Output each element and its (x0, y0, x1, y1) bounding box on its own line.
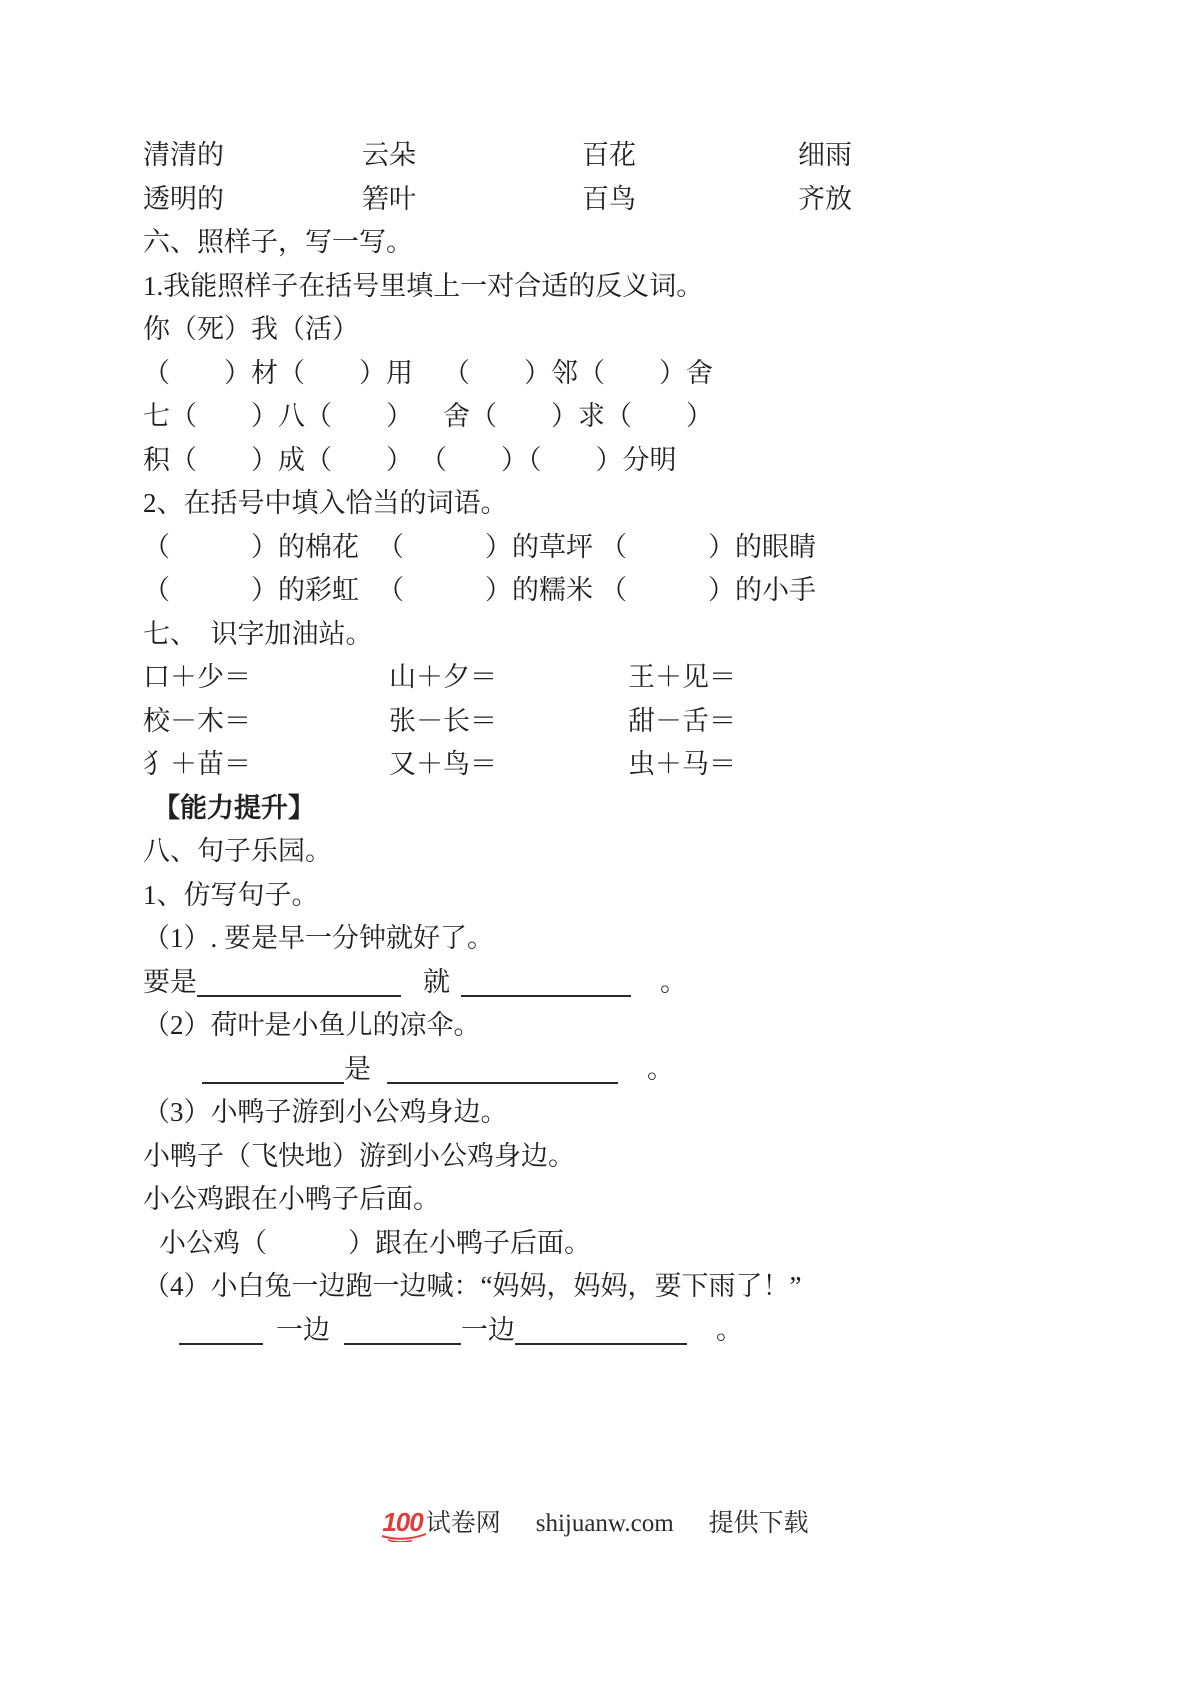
question-3: （3）小鸭子游到小公鸡身边。 (143, 1091, 1133, 1135)
phrase-cell: （ ）的小手 (600, 575, 816, 605)
equation-row-1: 口＋少＝山＋夕＝王＋见＝ (143, 656, 1133, 700)
logo-swoosh-icon (380, 1533, 428, 1542)
section6-sub2: 2、在括号中填入恰当的词语。 (143, 482, 1133, 526)
word-cell: 清清的 (143, 134, 362, 178)
question-3-sentence: 小公鸡跟在小鸭子后面。 (143, 1178, 1133, 1222)
word-cell: 百花 (582, 134, 798, 178)
phrase-cell: （ ）的草坪 (377, 526, 600, 570)
answer-period: 。 (647, 1054, 674, 1084)
question-1: （1）. 要是早一分钟就好了。 (143, 917, 1133, 961)
word-cell: 百鸟 (582, 178, 798, 222)
word-cell: 云朵 (362, 134, 582, 178)
footer: 100试卷网 shijuanw.com 提供下载 (0, 1503, 1191, 1539)
antonym-row-1: （ ）材（ ）用（ ）邻（ ）舍 (143, 352, 1133, 396)
phrase-row-1: （ ）的棉花（ ）的草坪（ ）的眼睛 (143, 526, 1133, 570)
answer-connector: 就 (423, 967, 450, 997)
phrase-cell: （ ）的棉花 (143, 526, 377, 570)
equation-row-2: 校－木＝张－长＝甜－舌＝ (143, 700, 1133, 744)
section8-heading: 八、句子乐园。 (143, 830, 1133, 874)
answer-connector: 一边 (276, 1315, 330, 1345)
question-3-answer-line: 小公鸡（ ）跟在小鸭子后面。 (143, 1222, 1133, 1266)
equation-cell: 虫＋马＝ (628, 749, 736, 779)
section6-sub1: 1.我能照样子在括号里填上一对合适的反义词。 (143, 265, 1133, 309)
phrase-cell: （ ）的糯米 (377, 569, 600, 613)
worksheet-page: 清清的云朵百花细雨 透明的箬叶百鸟齐放 六、照样子，写一写。 1.我能照样子在括… (0, 0, 1191, 1684)
answer-blank (387, 1082, 618, 1084)
equation-cell: 口＋少＝ (143, 656, 389, 700)
answer-connector: 是 (344, 1054, 371, 1084)
word-row-1: 清清的云朵百花细雨 (143, 134, 1133, 178)
question-4: （4）小白兔一边跑一边喊：“妈妈，妈妈，要下雨了！” (143, 1265, 1133, 1309)
antonym-group: 舍（ ）求（ ） (443, 401, 713, 431)
antonym-group: （ ）材（ ）用 (143, 352, 443, 396)
antonym-group: 七（ ）八（ ） (143, 395, 443, 439)
antonym-group: 积（ ）成（ ） (143, 439, 420, 483)
equation-cell: 犭＋苗＝ (143, 743, 389, 787)
question-2-answer-line: 是。 (143, 1048, 1133, 1092)
word-row-2: 透明的箬叶百鸟齐放 (143, 178, 1133, 222)
word-cell: 细雨 (798, 140, 852, 170)
answer-period: 。 (660, 967, 687, 997)
answer-blank (197, 995, 401, 997)
phrase-cell: （ ）的彩虹 (143, 569, 377, 613)
answer-blank (202, 1082, 344, 1084)
equation-cell: 山＋夕＝ (389, 656, 628, 700)
answer-period: 。 (716, 1315, 743, 1345)
question-1-answer-line: 要是就。 (143, 961, 1133, 1005)
footer-domain: shijuanw.com (536, 1510, 674, 1538)
logo-site-name: 试卷网 (426, 1503, 501, 1539)
logo-100-mark: 100 (382, 1507, 422, 1538)
antonym-group: （ ）（ ）分明 (420, 445, 677, 475)
antonym-group: （ ）邻（ ）舍 (443, 358, 713, 388)
antonym-row-2: 七（ ）八（ ）舍（ ）求（ ） (143, 395, 1133, 439)
section6-heading: 六、照样子，写一写。 (143, 221, 1133, 265)
answer-blank (515, 1343, 687, 1345)
phrase-cell: （ ）的眼睛 (600, 532, 816, 562)
equation-cell: 又＋鸟＝ (389, 743, 628, 787)
equation-cell: 王＋见＝ (628, 662, 736, 692)
word-cell: 箬叶 (362, 178, 582, 222)
answer-blank (179, 1343, 263, 1345)
answer-prefix: 要是 (143, 967, 197, 997)
ability-section-header: 【能力提升】 (143, 787, 1133, 831)
shijuanw-logo: 100试卷网 (382, 1503, 500, 1539)
answer-connector: 一边 (461, 1315, 515, 1345)
word-cell: 齐放 (798, 184, 852, 214)
question-3-example: 小鸭子（飞快地）游到小公鸡身边。 (143, 1135, 1133, 1179)
equation-cell: 甜－舌＝ (628, 706, 736, 736)
section7-heading: 七、 识字加油站。 (143, 613, 1133, 657)
word-cell: 透明的 (143, 178, 362, 222)
equation-cell: 校－木＝ (143, 700, 389, 744)
answer-blank (461, 995, 631, 997)
footer-tagline: 提供下载 (709, 1503, 809, 1539)
worksheet-body: 清清的云朵百花细雨 透明的箬叶百鸟齐放 六、照样子，写一写。 1.我能照样子在括… (143, 134, 1133, 1352)
phrase-row-2: （ ）的彩虹（ ）的糯米（ ）的小手 (143, 569, 1133, 613)
antonym-row-3: 积（ ）成（ ）（ ）（ ）分明 (143, 439, 1133, 483)
antonym-example: 你（死）我（活） (143, 308, 1133, 352)
equation-row-3: 犭＋苗＝又＋鸟＝虫＋马＝ (143, 743, 1133, 787)
answer-blank (344, 1343, 461, 1345)
section8-sub1: 1、仿写句子。 (143, 874, 1133, 918)
question-2: （2）荷叶是小鱼儿的凉伞。 (143, 1004, 1133, 1048)
equation-cell: 张－长＝ (389, 700, 628, 744)
question-4-answer-line: 一边一边。 (143, 1309, 1133, 1353)
